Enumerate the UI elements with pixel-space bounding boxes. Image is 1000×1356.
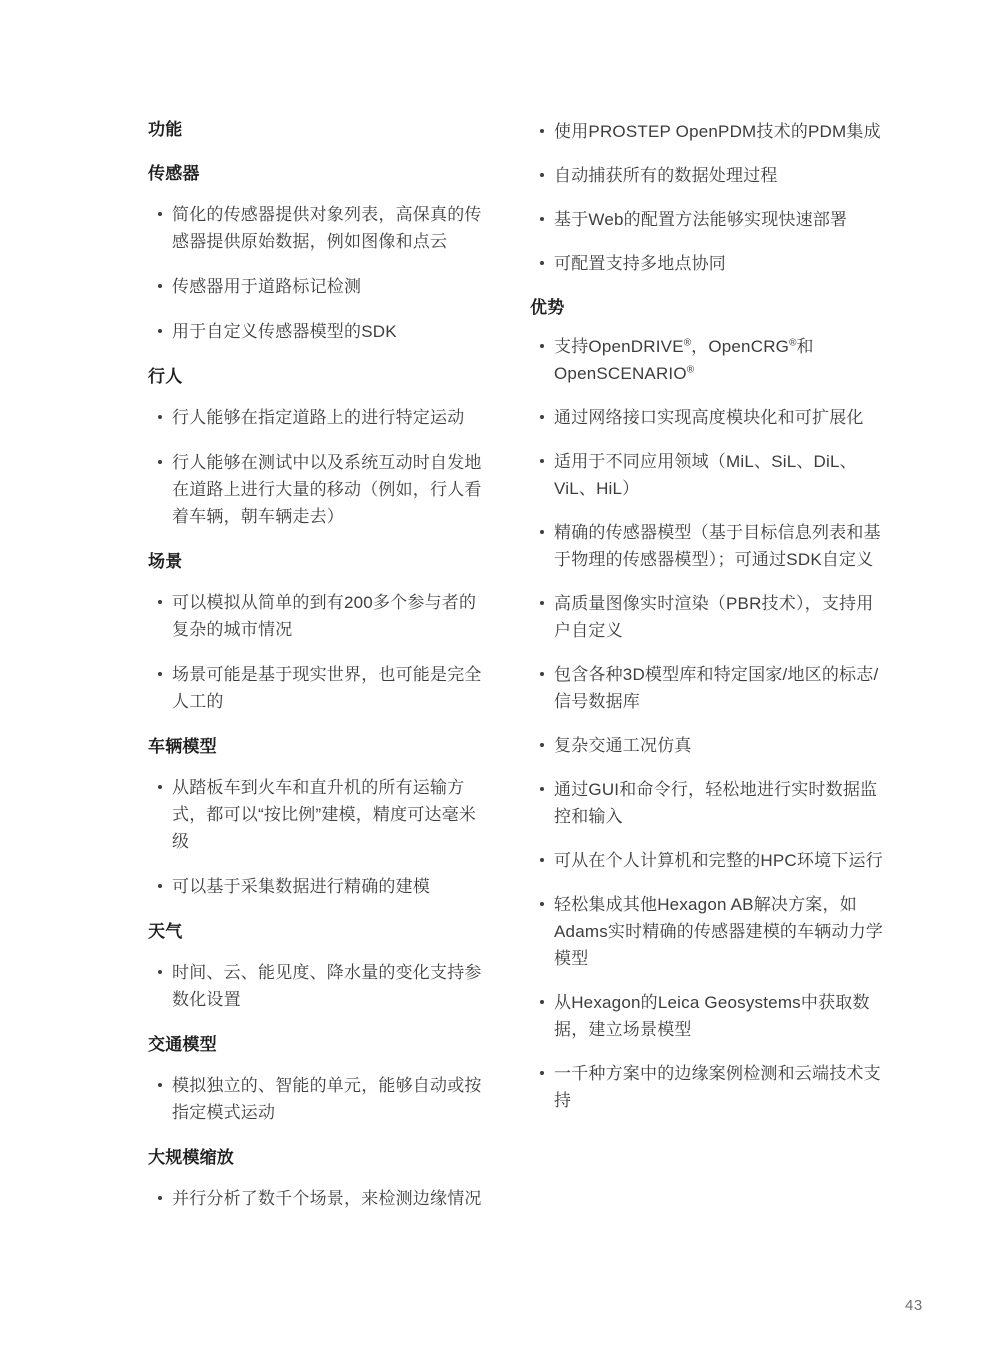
bullet-text: 支持OpenDRIVE®，OpenCRG®和OpenSCENARIO® [554, 337, 814, 383]
section-heading-traffic-model: 交通模型 [148, 1031, 488, 1058]
section-traffic-model: 交通模型 模拟独立的、智能的单元，能够自动或按指定模式运动 [148, 1031, 488, 1126]
section-pdm-integration: 使用PROSTEP OpenPDM技术的PDM集成 自动捕获所有的数据处理过程 … [530, 118, 884, 277]
bullet-item: 自动捕获所有的数据处理过程 [530, 162, 884, 189]
bullet-list: 模拟独立的、智能的单元，能够自动或按指定模式运动 [148, 1072, 488, 1126]
bullet-item: 传感器用于道路标记检测 [148, 273, 488, 300]
bullet-item: 并行分析了数千个场景，来检测边缘情况 [148, 1185, 488, 1212]
bullet-dot-icon [540, 743, 544, 747]
bullet-item: 高质量图像实时渲染（PBR技术），支持用户自定义 [530, 590, 884, 644]
bullet-item: 行人能够在测试中以及系统互动时自发地在道路上进行大量的移动（例如，行人看着车辆，… [148, 449, 488, 530]
bullet-item: 可以基于采集数据进行精确的建模 [148, 873, 488, 900]
section-heading-pedestrians: 行人 [148, 363, 488, 390]
bullet-dot-icon [158, 970, 162, 974]
section-heading-vehicle-models: 车辆模型 [148, 733, 488, 760]
bullet-text: 并行分析了数千个场景，来检测边缘情况 [172, 1189, 482, 1208]
bullet-dot-icon [540, 217, 544, 221]
bullet-text: 通过网络接口实现高度模块化和可扩展化 [554, 408, 864, 427]
bullet-text: 可以基于采集数据进行精确的建模 [172, 877, 430, 896]
bullet-item: 可从在个人计算机和完整的HPC环境下运行 [530, 847, 884, 874]
bullet-item: 从Hexagon的Leica Geosystems中获取数据，建立场景模型 [530, 989, 884, 1043]
bullet-text: 用于自定义传感器模型的SDK [172, 322, 397, 341]
bullet-dot-icon [158, 460, 162, 464]
page-number: 43 [905, 1297, 923, 1315]
bullet-item: 一千种方案中的边缘案例检测和云端技术支持 [530, 1060, 884, 1114]
section-heading-features: 功能 [148, 116, 488, 143]
bullet-item: 从踏板车到火车和直升机的所有运输方式，都可以“按比例”建模，精度可达毫米级 [148, 774, 488, 855]
section-heading-large-scale: 大规模缩放 [148, 1144, 488, 1171]
bullet-item: 可配置支持多地点协同 [530, 250, 884, 277]
bullet-item: 模拟独立的、智能的单元，能够自动或按指定模式运动 [148, 1072, 488, 1126]
bullet-dot-icon [158, 785, 162, 789]
bullet-item: 复杂交通工况仿真 [530, 732, 884, 759]
bullet-dot-icon [540, 459, 544, 463]
bullet-text: 行人能够在指定道路上的进行特定运动 [172, 408, 464, 427]
bullet-item: 用于自定义传感器模型的SDK [148, 318, 488, 345]
bullet-list: 简化的传感器提供对象列表，高保真的传感器提供原始数据，例如图像和点云 传感器用于… [148, 201, 488, 345]
bullet-dot-icon [158, 212, 162, 216]
bullet-text: 传感器用于道路标记检测 [172, 277, 361, 296]
bullet-text: 使用PROSTEP OpenPDM技术的PDM集成 [554, 122, 881, 141]
section-heading-scenarios: 场景 [148, 548, 488, 575]
section-large-scale: 大规模缩放 并行分析了数千个场景，来检测边缘情况 [148, 1144, 488, 1212]
bullet-dot-icon [540, 173, 544, 177]
bullet-list: 行人能够在指定道路上的进行特定运动 行人能够在测试中以及系统互动时自发地在道路上… [148, 404, 488, 530]
bullet-dot-icon [158, 884, 162, 888]
bullet-item: 时间、云、能见度、降水量的变化支持参数化设置 [148, 959, 488, 1013]
bullet-text: 简化的传感器提供对象列表，高保真的传感器提供原始数据，例如图像和点云 [172, 205, 482, 251]
bullet-item: 精确的传感器模型（基于目标信息列表和基于物理的传感器模型）；可通过SDK自定义 [530, 519, 884, 573]
bullet-dot-icon [540, 601, 544, 605]
bullet-item: 基于Web的配置方法能够实现快速部署 [530, 206, 884, 233]
section-sensors: 传感器 简化的传感器提供对象列表，高保真的传感器提供原始数据，例如图像和点云 传… [148, 160, 488, 345]
bullet-text: 模拟独立的、智能的单元，能够自动或按指定模式运动 [172, 1076, 482, 1122]
bullet-dot-icon [540, 415, 544, 419]
section-weather: 天气 时间、云、能见度、降水量的变化支持参数化设置 [148, 918, 488, 1013]
bullet-text: 一千种方案中的边缘案例检测和云端技术支持 [554, 1064, 881, 1110]
bullet-dot-icon [540, 902, 544, 906]
bullet-dot-icon [158, 415, 162, 419]
bullet-text: 行人能够在测试中以及系统互动时自发地在道路上进行大量的移动（例如，行人看着车辆，… [172, 453, 482, 526]
bullet-item: 场景可能是基于现实世界，也可能是完全人工的 [148, 661, 488, 715]
bullet-dot-icon [158, 284, 162, 288]
bullet-text: 可以模拟从简单的到有200多个参与者的复杂的城市情况 [172, 593, 476, 639]
bullet-dot-icon [540, 530, 544, 534]
bullet-dot-icon [540, 672, 544, 676]
bullet-text: 可从在个人计算机和完整的HPC环境下运行 [554, 851, 883, 870]
bullet-item: 行人能够在指定道路上的进行特定运动 [148, 404, 488, 431]
section-heading-advantages: 优势 [530, 294, 884, 321]
bullet-text: 从踏板车到火车和直升机的所有运输方式，都可以“按比例”建模，精度可达毫米级 [172, 778, 476, 851]
bullet-text: 轻松集成其他Hexagon AB解决方案，如Adams实时精确的传感器建模的车辆… [554, 895, 883, 968]
bullet-list: 支持OpenDRIVE®，OpenCRG®和OpenSCENARIO® 通过网络… [530, 333, 884, 1114]
bullet-dot-icon [158, 329, 162, 333]
bullet-item: 通过GUI和命令行，轻松地进行实时数据监控和输入 [530, 776, 884, 830]
section-advantages: 优势 支持OpenDRIVE®，OpenCRG®和OpenSCENARIO® 通… [530, 294, 884, 1114]
right-column: 使用PROSTEP OpenPDM技术的PDM集成 自动捕获所有的数据处理过程 … [530, 0, 884, 1131]
bullet-text: 时间、云、能见度、降水量的变化支持参数化设置 [172, 963, 482, 1009]
bullet-dot-icon [540, 787, 544, 791]
section-features: 功能 [148, 116, 488, 143]
bullet-text: 精确的传感器模型（基于目标信息列表和基于物理的传感器模型）；可通过SDK自定义 [554, 523, 881, 569]
bullet-item: 通过网络接口实现高度模块化和可扩展化 [530, 404, 884, 431]
bullet-dot-icon [540, 858, 544, 862]
bullet-text: 包含各种3D模型库和特定国家/地区的标志/信号数据库 [554, 665, 878, 711]
bullet-text: 通过GUI和命令行，轻松地进行实时数据监控和输入 [554, 780, 877, 826]
bullet-text: 场景可能是基于现实世界，也可能是完全人工的 [172, 665, 482, 711]
bullet-list: 可以模拟从简单的到有200多个参与者的复杂的城市情况 场景可能是基于现实世界，也… [148, 589, 488, 715]
bullet-dot-icon [540, 129, 544, 133]
bullet-dot-icon [158, 600, 162, 604]
bullet-item: 可以模拟从简单的到有200多个参与者的复杂的城市情况 [148, 589, 488, 643]
bullet-text: 可配置支持多地点协同 [554, 254, 726, 273]
bullet-dot-icon [540, 344, 544, 348]
bullet-dot-icon [540, 1000, 544, 1004]
section-heading-sensors: 传感器 [148, 160, 488, 187]
bullet-text: 自动捕获所有的数据处理过程 [554, 166, 778, 185]
bullet-dot-icon [540, 261, 544, 265]
bullet-item: 使用PROSTEP OpenPDM技术的PDM集成 [530, 118, 884, 145]
bullet-list: 使用PROSTEP OpenPDM技术的PDM集成 自动捕获所有的数据处理过程 … [530, 118, 884, 277]
left-column: 功能 传感器 简化的传感器提供对象列表，高保真的传感器提供原始数据，例如图像和点… [148, 0, 488, 1230]
bullet-item: 简化的传感器提供对象列表，高保真的传感器提供原始数据，例如图像和点云 [148, 201, 488, 255]
bullet-text: 复杂交通工况仿真 [554, 736, 692, 755]
bullet-item: 包含各种3D模型库和特定国家/地区的标志/信号数据库 [530, 661, 884, 715]
section-scenarios: 场景 可以模拟从简单的到有200多个参与者的复杂的城市情况 场景可能是基于现实世… [148, 548, 488, 715]
bullet-item: 支持OpenDRIVE®，OpenCRG®和OpenSCENARIO® [530, 333, 884, 387]
bullet-item: 轻松集成其他Hexagon AB解决方案，如Adams实时精确的传感器建模的车辆… [530, 891, 884, 972]
bullet-text: 高质量图像实时渲染（PBR技术），支持用户自定义 [554, 594, 873, 640]
bullet-text: 适用于不同应用领域（MiL、SiL、DiL、ViL、HiL） [554, 452, 857, 498]
bullet-item: 适用于不同应用领域（MiL、SiL、DiL、ViL、HiL） [530, 448, 884, 502]
bullet-dot-icon [540, 1071, 544, 1075]
section-vehicle-models: 车辆模型 从踏板车到火车和直升机的所有运输方式，都可以“按比例”建模，精度可达毫… [148, 733, 488, 900]
bullet-dot-icon [158, 672, 162, 676]
bullet-text: 基于Web的配置方法能够实现快速部署 [554, 210, 847, 229]
bullet-list: 时间、云、能见度、降水量的变化支持参数化设置 [148, 959, 488, 1013]
document-page: 功能 传感器 简化的传感器提供对象列表，高保真的传感器提供原始数据，例如图像和点… [0, 0, 1000, 1356]
section-heading-weather: 天气 [148, 918, 488, 945]
bullet-dot-icon [158, 1196, 162, 1200]
section-pedestrians: 行人 行人能够在指定道路上的进行特定运动 行人能够在测试中以及系统互动时自发地在… [148, 363, 488, 530]
bullet-dot-icon [158, 1083, 162, 1087]
bullet-list: 并行分析了数千个场景，来检测边缘情况 [148, 1185, 488, 1212]
bullet-list: 从踏板车到火车和直升机的所有运输方式，都可以“按比例”建模，精度可达毫米级 可以… [148, 774, 488, 900]
bullet-text: 从Hexagon的Leica Geosystems中获取数据，建立场景模型 [554, 993, 870, 1039]
